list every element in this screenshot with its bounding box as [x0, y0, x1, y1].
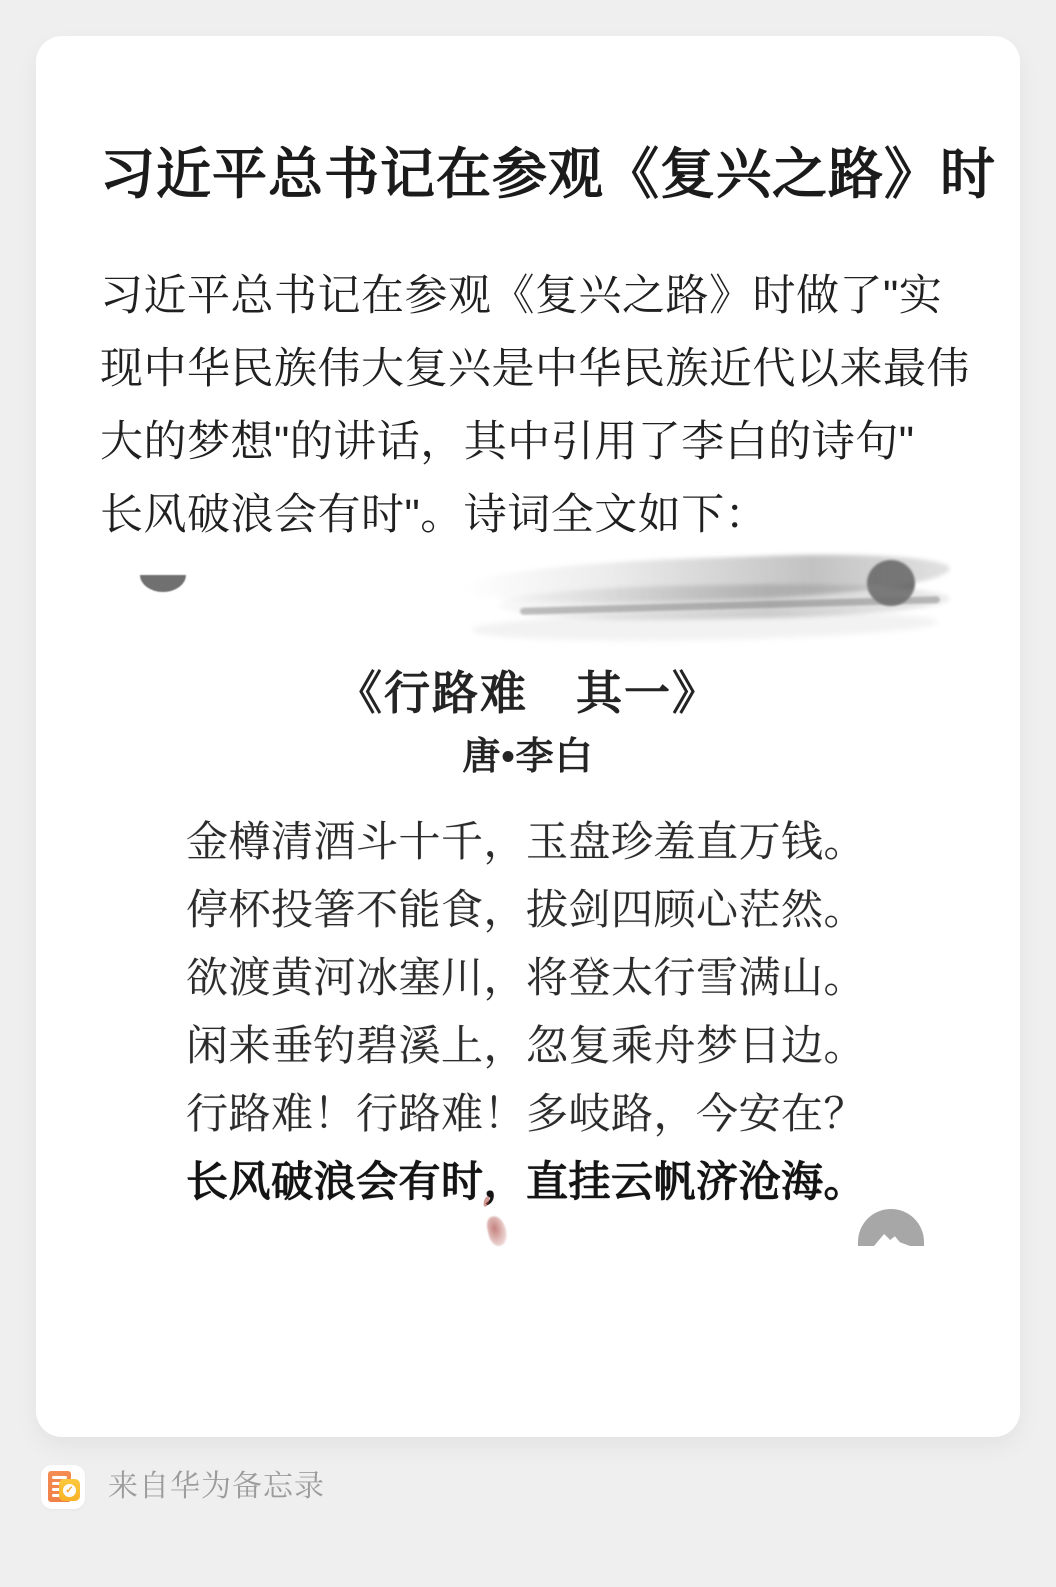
footer: ✓ 来自华为备忘录	[0, 1458, 1056, 1538]
poem-line: 行路难！行路难！多岐路，今安在？	[186, 1080, 866, 1148]
note-card[interactable]: 习近平总书记在参观《复兴之路》时 习近平总书记在参观《复兴之路》时做了"实 现中…	[36, 36, 1020, 1437]
poem-line: 欲渡黄河冰塞川，将登太行雪满山。	[186, 944, 866, 1012]
ink-dot-left-icon	[140, 575, 186, 592]
note-title: 习近平总书记在参观《复兴之路》时	[100, 142, 966, 206]
poem-lines: 金樽清酒斗十千，玉盘珍羞直万钱。 停杯投箸不能食，拔剑四顾心茫然。 欲渡黄河冰塞…	[186, 808, 866, 1216]
poem-line: 停杯投箸不能食，拔剑四顾心茫然。	[186, 876, 866, 944]
poem-line: 闲来垂钓碧溪上，忽复乘舟梦日边。	[186, 1012, 866, 1080]
poem-title: 《行路难 其一》	[36, 669, 1020, 717]
watermark-logo-icon	[858, 1209, 924, 1246]
poem-line-highlighted: 长风破浪会有时，直挂云帆济沧海。	[186, 1148, 866, 1216]
body-line: 大的梦想"的讲话，其中引用了李白的诗句"	[100, 406, 980, 479]
source-label: 来自华为备忘录	[108, 1466, 325, 1508]
page-background: { "page": { "background_color": "#efefef…	[0, 0, 1056, 1587]
body-line: 现中华民族伟大复兴是中华民族近代以来最伟	[100, 333, 980, 406]
poem-author: 唐•李白	[36, 737, 1020, 777]
check-icon: ✓	[63, 1484, 76, 1497]
body-line: 习近平总书记在参观《复兴之路》时做了"实	[100, 260, 980, 333]
poem-line: 金樽清酒斗十千，玉盘珍羞直万钱。	[186, 808, 866, 876]
watermark-mountain-notch	[874, 1231, 910, 1246]
red-seal-mark-icon	[472, 1194, 512, 1254]
sticky-note-icon: ✓	[59, 1479, 80, 1501]
notes-app-icon: ✓	[41, 1465, 85, 1509]
red-seal-dot	[482, 1195, 490, 1207]
note-body: 习近平总书记在参观《复兴之路》时做了"实 现中华民族伟大复兴是中华民族近代以来最…	[100, 260, 980, 552]
red-seal-blob	[485, 1214, 509, 1247]
body-line: 长风破浪会有时"。诗词全文如下：	[100, 479, 980, 552]
